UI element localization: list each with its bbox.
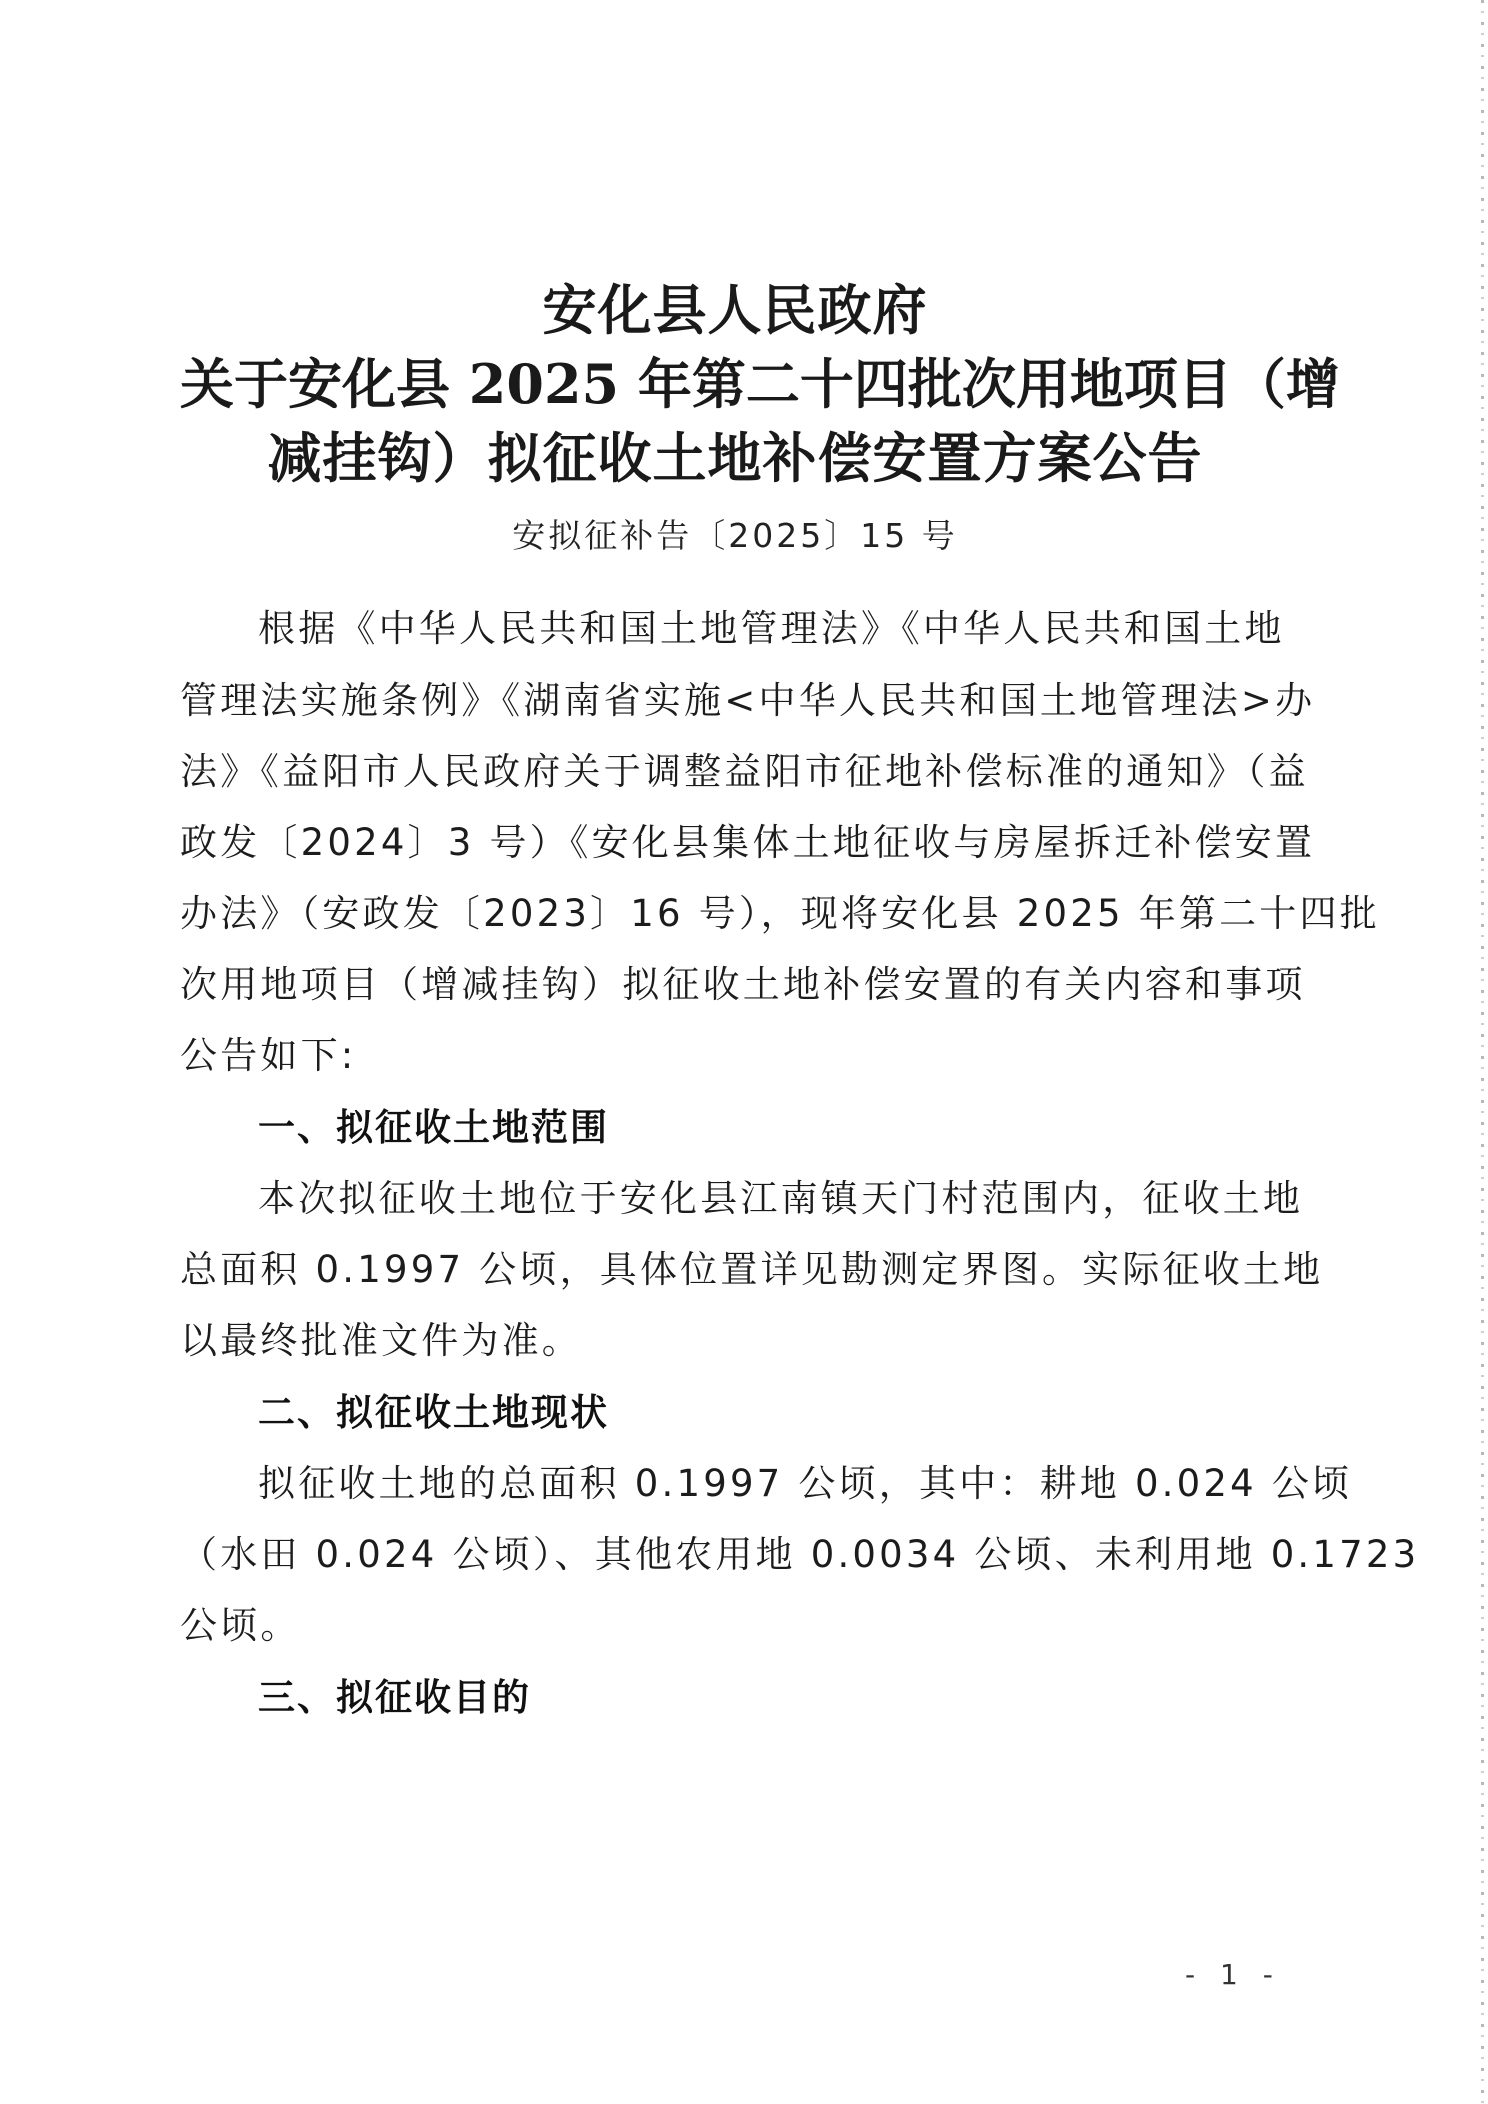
intro-line: 管理法实施条例》《湖南省实施<中华人民共和国土地管理法>办 [180, 670, 1285, 724]
intro-line: 法》《益阳市人民政府关于调整益阳市征地补偿标准的通知》（益 [180, 741, 1285, 795]
section-heading-2: 二、拟征收土地现状 [258, 1382, 609, 1436]
section-2-line: 公顷。 [180, 1595, 1285, 1649]
title-issuer: 安化县人民政府 [180, 268, 1290, 345]
section-2-line: 拟征收土地的总面积 0.1997 公顷，其中：耕地 0.024 公顷 [258, 1453, 1285, 1507]
intro-line: 次用地项目（增减挂钩）拟征收土地补偿安置的有关内容和事项 [180, 954, 1285, 1008]
section-heading-3: 三、拟征收目的 [258, 1667, 531, 1721]
section-2-line: （水田 0.024 公顷）、其他农用地 0.0034 公顷、未利用地 0.172… [180, 1524, 1285, 1578]
section-1-line: 总面积 0.1997 公顷，具体位置详见勘测定界图。实际征收土地 [180, 1239, 1285, 1293]
document-number: 安拟征补告〔2025〕15 号 [180, 510, 1290, 557]
intro-line: 公告如下: [180, 1025, 1285, 1079]
intro-line: 政发〔2024〕3 号）《安化县集体土地征收与房屋拆迁补偿安置 [180, 812, 1285, 866]
section-1-line: 本次拟征收土地位于安化县江南镇天门村范围内，征收土地 [258, 1168, 1285, 1222]
scan-edge-artifact [1481, 0, 1484, 2104]
title-line-2: 关于安化县 2025 年第二十四批次用地项目（增 [180, 342, 1290, 419]
intro-line: 根据《中华人民共和国土地管理法》《中华人民共和国土地 [258, 598, 1285, 652]
section-1-line: 以最终批准文件为准。 [180, 1310, 1285, 1364]
section-heading-1: 一、拟征收土地范围 [258, 1097, 609, 1151]
title-line-3: 减挂钩）拟征收土地补偿安置方案公告 [180, 416, 1290, 493]
document-page: 安化县人民政府 关于安化县 2025 年第二十四批次用地项目（增 减挂钩）拟征收… [0, 0, 1488, 2104]
intro-line: 办法》（安政发〔2023〕16 号），现将安化县 2025 年第二十四批 [180, 883, 1285, 937]
page-number: - 1 - [1185, 1958, 1281, 1991]
